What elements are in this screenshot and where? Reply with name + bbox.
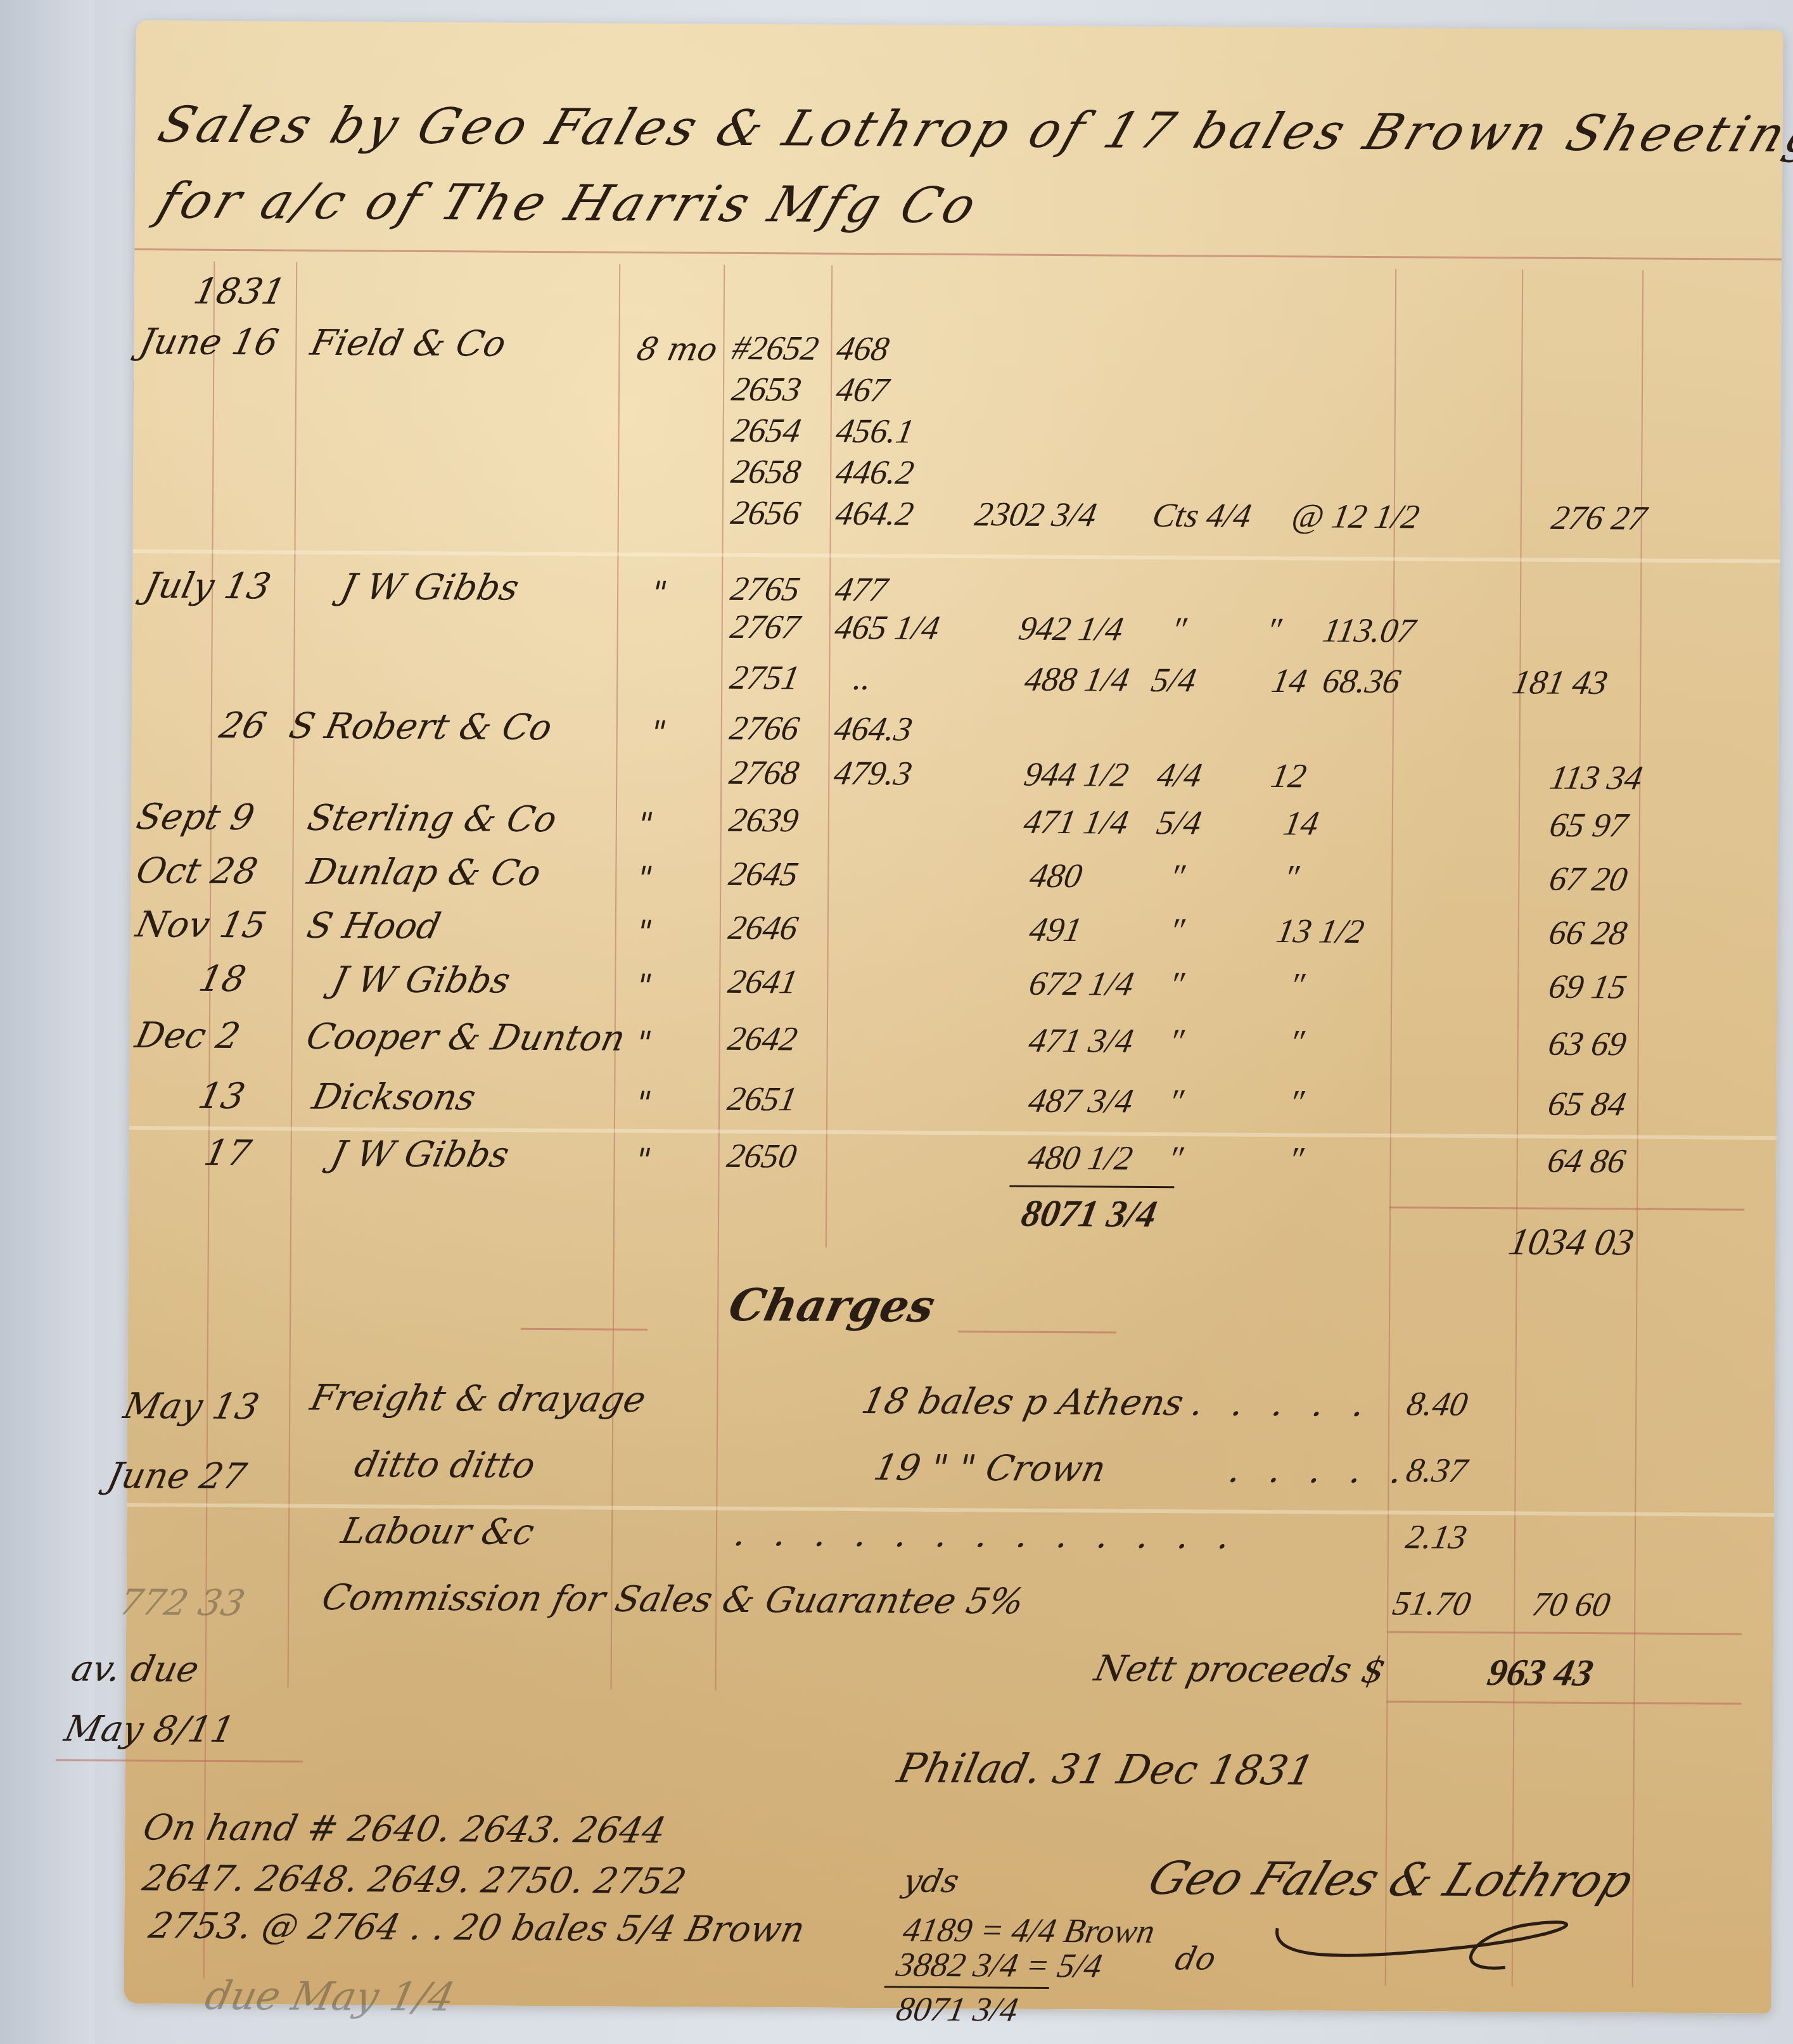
bale-number: 2641 [725,962,801,1002]
line-price: " [1263,610,1284,649]
sale-date: Nov 15 [132,904,271,946]
sale-date: June 16 [136,321,282,363]
pencil-note: due May 1/4 [201,1972,459,2020]
sale-amount: 66 28 [1546,913,1630,953]
document-title-line1: Sales by Geo Fales & Lothrop of 17 bales… [151,96,1793,163]
sale-quantity: 2302 3/4 [972,494,1100,534]
charge-description: Labour &c [338,1511,538,1553]
sale-price: " [1280,857,1302,897]
line-subtotal: 113.07 [1320,611,1419,651]
sale-date: Sept 9 [133,796,258,838]
merchant-signature: Geo Fales & Lothrop [1141,1851,1640,1907]
sale-price: " [1286,1022,1307,1061]
sale-amount: 65 97 [1547,805,1631,845]
year-label: 1831 [190,271,290,313]
charge-detail: 19 " " Crown [871,1447,1110,1490]
sale-buyer: Field & Co [307,323,509,365]
bale-number: 2656 [728,493,803,533]
yards-label: yds [900,1863,962,1900]
sale-price: " [1285,1139,1306,1178]
sale-price: @ 12 1/2 [1289,496,1422,536]
summary-ditto: do [1172,1940,1220,1977]
bale-yards: 464.3 [831,709,916,749]
sale-quantity: 944 1/2 [1021,755,1132,795]
sale-width: " [1166,857,1188,896]
sale-buyer: Dicksons [309,1076,480,1118]
sale-amount: 64 86 [1545,1141,1629,1181]
sale-terms: " [632,1025,655,1061]
sale-quantity: 471 1/4 [1021,802,1132,842]
charge-date: June 27 [103,1455,250,1497]
sale-buyer: Sterling & Co [304,798,561,840]
sale-amount: 69 15 [1546,967,1630,1007]
signature-flourish-icon [1265,1903,1645,1981]
leader-dots: . . . . . [1187,1383,1377,1425]
charge-amount: 51.70 [1390,1583,1474,1623]
charge-amount: 8.40 [1404,1384,1471,1424]
sale-price: 13 1/2 [1273,911,1367,951]
line-price: 14 [1269,661,1310,700]
sale-terms: " [633,968,656,1004]
sale-width: 4/4 [1154,755,1205,795]
charge-description: Freight & drayage [307,1377,649,1421]
faded-bleedthrough-number: 772 33 [115,1582,248,1624]
sale-date: 18 [195,959,249,1000]
sale-buyer: J W Gibbs [337,566,523,609]
bale-number: 2639 [726,800,801,840]
sale-amount: 113 34 [1547,758,1646,798]
bale-number: 2650 [724,1136,800,1176]
sale-price: " [1286,1082,1307,1121]
charges-total: 70 60 [1529,1585,1614,1625]
av-due-label: av. due [68,1649,203,1690]
sale-price: " [1286,965,1308,1004]
sale-width: Cts 4/4 [1149,495,1254,535]
sale-quantity: 491 [1026,910,1085,949]
on-hand-note-line2: 2647. 2648. 2649. 2750. 2752 [139,1858,690,1902]
sale-date: 13 [195,1076,248,1117]
sale-buyer: Cooper & Dunton [303,1016,629,1059]
bale-number: #2652 [729,328,822,368]
sale-terms: 8 mo [634,331,721,368]
sale-terms: " [648,575,671,611]
charge-description: ditto ditto [351,1444,539,1486]
on-hand-note-line1: On hand # 2640. 2643. 2644 [139,1807,670,1851]
sale-buyer: J W Gibbs [328,959,514,1002]
terms-column-rule [611,264,621,1690]
bale-number: 2645 [726,854,801,894]
bale-number: 2651 [725,1079,800,1119]
sale-buyer: J W Gibbs [328,1134,513,1176]
sale-terms: " [632,1142,654,1178]
sale-quantity: 487 3/4 [1026,1081,1137,1121]
sale-date: Oct 28 [132,850,261,892]
sale-date: July 13 [141,565,274,607]
sale-terms: " [634,806,657,843]
summary-5-4-line: 3882 3/4 = 5/4 [893,1945,1105,1986]
sale-terms: " [634,860,656,897]
summary-total: 8071 3/4 [893,1990,1021,2029]
line-quantity: 942 1/4 [1016,609,1126,649]
sale-buyer: S Robert & Co [286,706,556,748]
charge-description: Commission for Sales & Guarantee 5% [318,1577,1028,1623]
sale-buyer: Dunlap & Co [303,852,544,894]
nett-proceeds-amount: 963 43 [1484,1651,1597,1695]
line-subtotal: 68.36 [1320,661,1404,701]
ledger-sheet: Sales by Geo Fales & Lothrop of 17 bales… [124,20,1783,2014]
document-title-line2: for a/c of The Harris Mfg Co [151,172,987,234]
sale-amount: 63 69 [1545,1024,1630,1064]
sale-amount: 181 43 [1510,662,1611,702]
place-and-date: Philad. 31 Dec 1831 [893,1746,1318,1795]
bale-yards: 464.2 [833,494,917,533]
sale-width: 5/4 [1154,803,1204,842]
sale-quantity: 471 3/4 [1026,1021,1137,1061]
summary-rule [884,1986,1049,1989]
bale-yards: 446.2 [833,452,917,492]
sale-buyer: S Hood [303,905,444,947]
bale-number: 2766 [727,708,802,748]
sale-width: " [1165,1082,1187,1121]
sale-quantity: 480 [1027,856,1085,895]
sale-terms: " [633,914,656,950]
sale-amount: 276 27 [1548,498,1650,538]
charges-total-rule [1387,1631,1742,1635]
total-quantity: 8071 3/4 [1018,1192,1160,1236]
bale-yards: 456.1 [833,411,917,451]
sale-amount: 65 84 [1545,1084,1630,1124]
gross-total: 1034 03 [1506,1220,1638,1264]
sale-terms: " [647,714,670,751]
sale-width: " [1166,910,1187,950]
sale-quantity: 672 1/4 [1026,964,1137,1004]
sale-quantity: 480 1/2 [1025,1138,1136,1178]
buyer-column-rule [288,262,298,1688]
quantity-total-rule [1009,1185,1174,1189]
charge-amount: 2.13 [1403,1517,1470,1557]
bale-yards: 468 [834,329,892,368]
bale-yards: 479.3 [831,753,916,793]
bale-number: 2751 [727,658,803,698]
sale-width: " [1164,1139,1186,1178]
bale-number: 2646 [725,908,801,948]
bale-number: 2658 [729,452,804,492]
bale-number: 2642 [725,1019,800,1059]
charges-rule-left [521,1328,648,1331]
charges-rule-right [958,1331,1116,1334]
charge-amount: 8.37 [1403,1450,1471,1490]
bale-number: 2654 [729,411,804,450]
leader-dots: . . . . . [1225,1450,1415,1492]
bale-number: 2653 [729,369,804,409]
bale-number: 2768 [727,753,802,793]
sale-price: 12 [1268,756,1310,795]
bale-yards: 465 1/4 [832,608,943,648]
sale-price: 14 [1280,803,1322,843]
bale-yards: 467 [833,370,891,409]
sale-date: 17 [201,1133,255,1174]
bale-column-rule [715,265,725,1690]
bale-number: 2765 [727,569,803,609]
sale-terms: " [632,1085,655,1121]
av-due-date: May 8/11 [61,1709,238,1751]
bale-yards: .. [851,658,875,698]
line-quantity: 488 1/4 [1022,660,1133,699]
paper-fold [132,549,1780,563]
bale-number: 2767 [727,607,803,647]
leader-dots: . . . . . . . . . . . . . [731,1513,1243,1557]
bale-yards: 477 [832,570,890,609]
gross-total-rule [1389,1206,1744,1210]
sale-width: " [1165,1021,1187,1061]
line-width: 5/4 [1149,660,1199,699]
charge-date: May 13 [120,1386,263,1428]
yards-column-rule [826,265,833,1248]
header-rule [134,248,1782,260]
line-width: " [1168,610,1189,649]
charge-detail: 18 bales p Athens [858,1381,1187,1424]
on-hand-note-line3: 2753. @ 2764 . . 20 bales 5/4 Brown [145,1905,808,1950]
sale-date: 26 [216,705,270,746]
nett-proceeds-label: Nett proceeds $ [1091,1648,1389,1691]
sale-width: " [1166,964,1187,1004]
dollars-column-rule [1512,269,1524,1986]
sale-amount: 67 20 [1547,859,1631,899]
charges-heading: Charges [724,1279,940,1332]
nett-rule [1386,1701,1741,1704]
sale-date: Dec 2 [132,1015,244,1057]
